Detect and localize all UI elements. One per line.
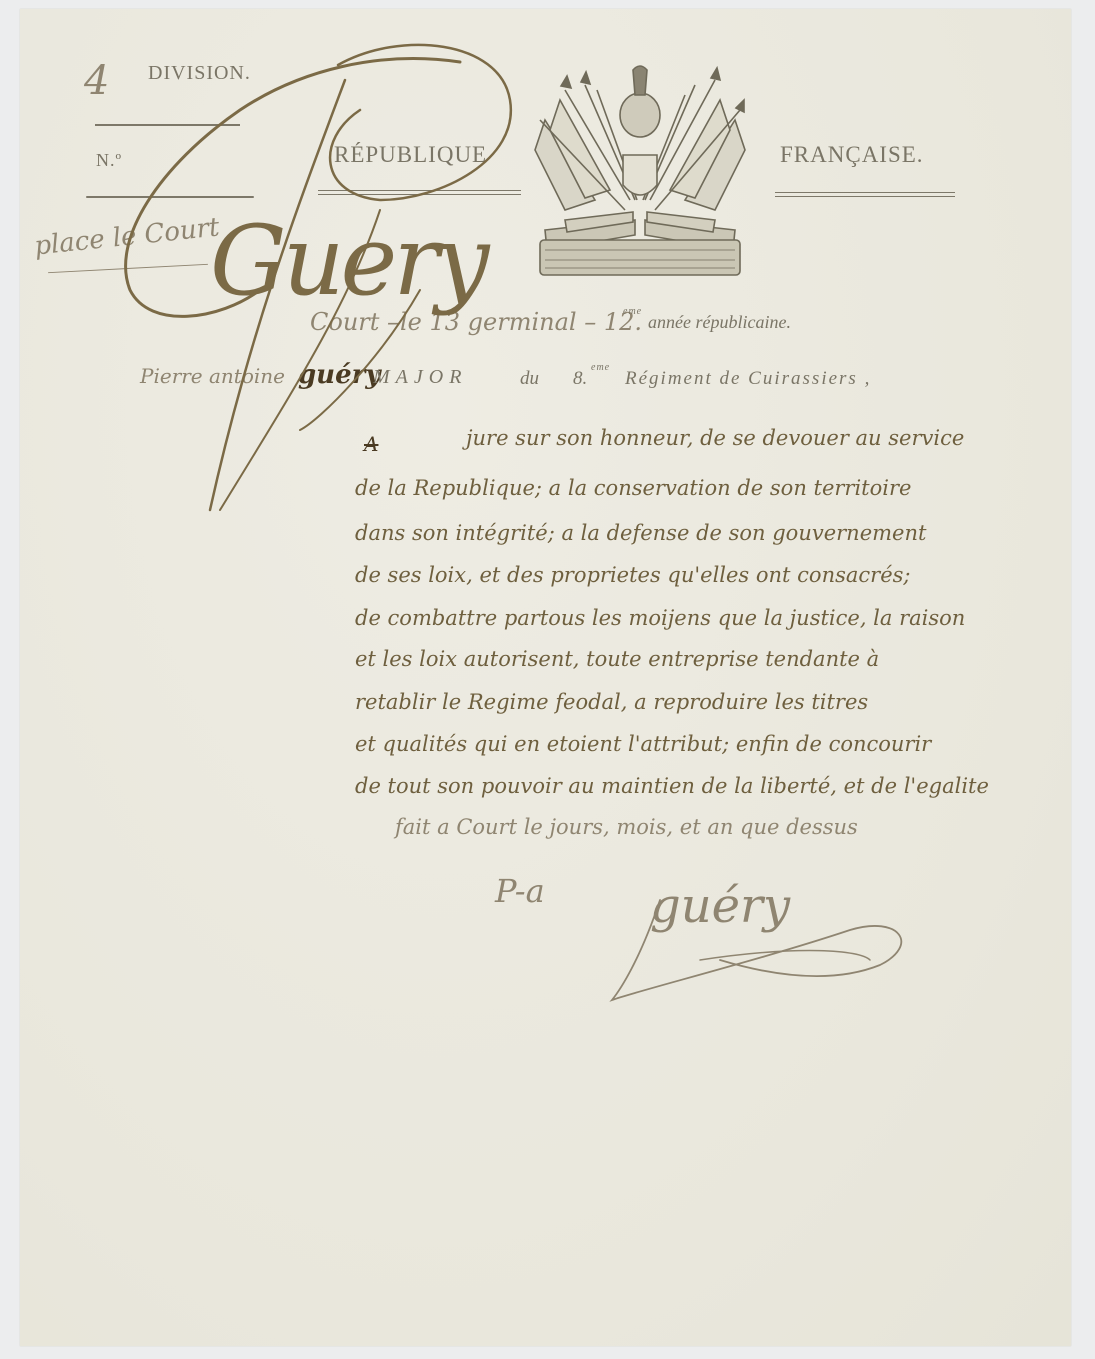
oath-line: de ses loix, et des proprietes qu'elles … [355, 563, 910, 587]
republique-heading: RÉPUBLIQUE [334, 142, 487, 168]
regiment-printed: Régiment de Cuirassiers , [625, 368, 871, 390]
oath-line-closing: fait a Court le jours, mois, et an que d… [395, 815, 858, 839]
oath-line: et les loix autorisent, toute entreprise… [355, 647, 879, 671]
number-label: N.º [96, 150, 122, 171]
oath-line: dans son intégrité; a la defense de son … [355, 521, 926, 545]
division-rule [95, 124, 240, 126]
first-names-handwritten: Pierre antoine [140, 364, 285, 388]
trophy-of-arms-emblem [525, 60, 755, 290]
number-bracket-rule [86, 196, 254, 198]
francaise-rule-1 [775, 192, 955, 193]
oath-line: de la Republique; a la conservation de s… [355, 476, 911, 500]
oath-prefix-mark: A [364, 432, 378, 456]
oath-line: jure sur son honneur, de se devouer au s… [466, 426, 964, 450]
republique-rule-2 [318, 194, 521, 195]
republique-rule-1 [318, 190, 521, 191]
du-printed: du [520, 368, 539, 390]
date-printed-suffix: année républicaine. [648, 312, 791, 333]
margin-signature: Guery [210, 205, 485, 317]
signature-initials: P-a [495, 872, 545, 910]
oath-line: et qualités qui en etoient l'attribut; e… [355, 732, 931, 756]
signature-name: guéry [650, 878, 790, 934]
regiment-superscript: eme [591, 362, 610, 373]
francaise-heading: FRANÇAISE. [780, 142, 924, 168]
oath-line: retablir le Regime feodal, a reproduire … [355, 690, 868, 714]
oath-line: de combattre partous les moijens que la … [355, 606, 965, 630]
surname-handwritten: guéry [298, 360, 380, 390]
francaise-rule-2 [775, 196, 955, 197]
division-number-handwritten: 4 [84, 58, 109, 104]
date-superscript: eme [623, 306, 642, 317]
oath-line: de tout son pouvoir au maintien de la li… [355, 774, 989, 798]
division-label: DIVISION. [148, 62, 251, 85]
rank-printed: MAJOR [373, 366, 467, 389]
regiment-number: 8. [573, 368, 587, 390]
